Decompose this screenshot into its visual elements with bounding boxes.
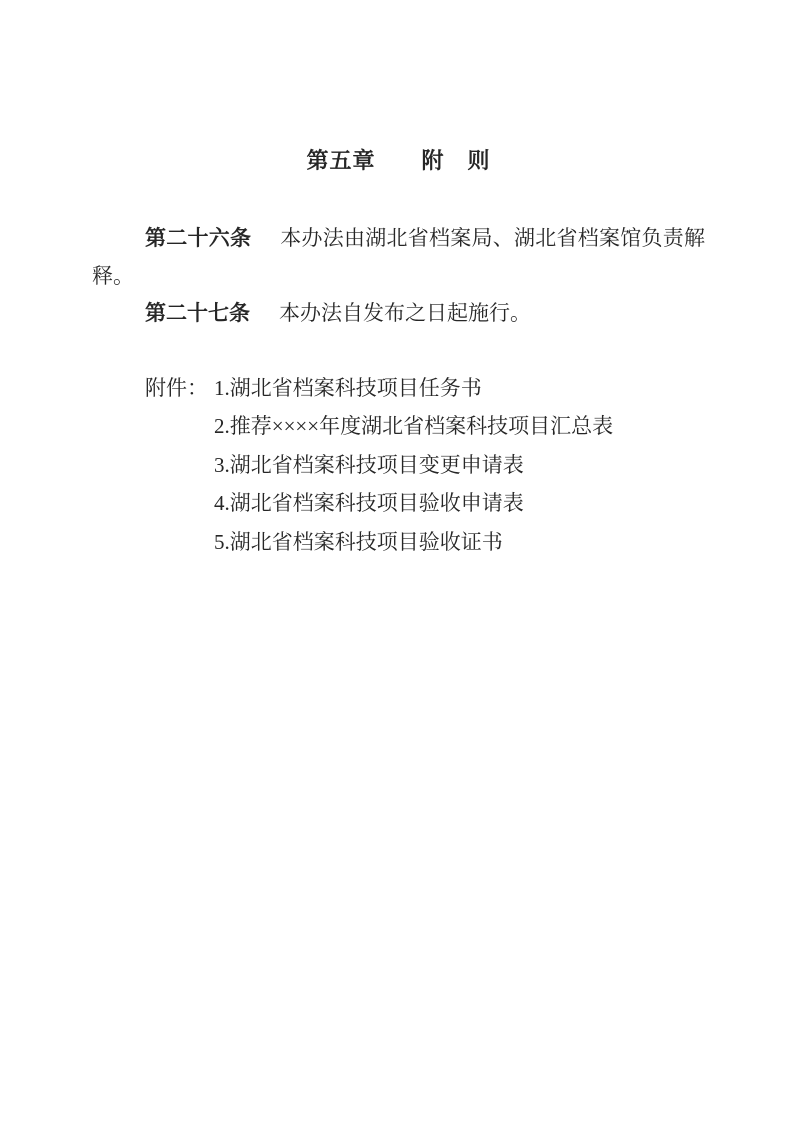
- attachment-list-item: 2.推荐××××年度湖北省档案科技项目汇总表: [214, 407, 613, 446]
- attachments-list: 1.湖北省档案科技项目任务书 2.推荐××××年度湖北省档案科技项目汇总表 3.…: [214, 369, 613, 562]
- attachment-list-item: 3.湖北省档案科技项目变更申请表: [214, 446, 613, 485]
- attachments-label: 附件：: [145, 369, 208, 408]
- article-26-number-label: 第二十六条: [145, 226, 251, 250]
- article-27-paragraph: 第二十七条本办法自发布之日起施行。: [92, 295, 705, 333]
- article-27-text: 本办法自发布之日起施行。: [279, 301, 531, 325]
- article-27-number-label: 第二十七条: [145, 301, 250, 325]
- page-content: 第五章 附 则 第二十六条本办法由湖北省档案局、湖北省档案馆负责解释。 第二十七…: [0, 0, 793, 561]
- article-26-paragraph: 第二十六条本办法由湖北省档案局、湖北省档案馆负责解释。: [92, 220, 705, 295]
- attachment-list-item: 1.湖北省档案科技项目任务书: [214, 369, 613, 408]
- attachments-section: 附件： 1.湖北省档案科技项目任务书 2.推荐××××年度湖北省档案科技项目汇总…: [92, 369, 705, 562]
- attachment-list-item: 4.湖北省档案科技项目验收申请表: [214, 484, 613, 523]
- chapter-title: 第五章 附 则: [92, 142, 705, 180]
- attachment-list-item: 5.湖北省档案科技项目验收证书: [214, 523, 613, 562]
- document-page: 第五章 附 则 第二十六条本办法由湖北省档案局、湖北省档案馆负责解释。 第二十七…: [0, 0, 793, 1122]
